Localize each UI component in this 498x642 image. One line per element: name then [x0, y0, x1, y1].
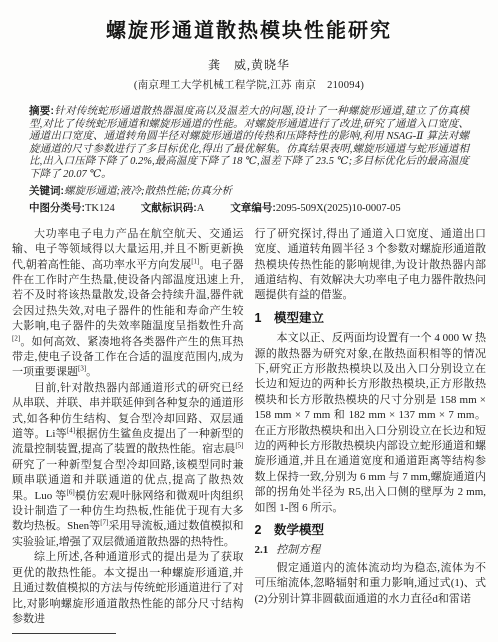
subsection-heading-2-1: 2.1控制方程 [255, 543, 487, 558]
section-heading-1: 1 模型建立 [255, 311, 487, 326]
abstract-text: 针对传统蛇形通道散热器温度高以及温差大的问题,设计了一种螺旋形通道,建立了仿真模… [29, 106, 469, 180]
footnote-divider [12, 633, 116, 634]
doc-code-segment: 文献标识码:A [141, 202, 205, 216]
affiliation-line: (南京理工大学机械工程学院,江苏 南京 210094) [0, 77, 498, 92]
left-column: 大功率电子电力产品在航空航天、交通运输、电子等领域得以大量运用,并且不断更新换代… [12, 227, 244, 635]
doc-code-value: A [197, 203, 205, 214]
section-heading-2: 2 数学模型 [255, 523, 487, 538]
article-id-label: 文章编号: [230, 202, 276, 214]
body-columns: 大功率电子电力产品在航空航天、交通运输、电子等领域得以大量运用,并且不断更新换代… [0, 227, 498, 635]
abstract-paragraph: 摘要:针对传统蛇形通道散热器温度高以及温差大的问题,设计了一种螺旋形通道,建立了… [29, 105, 469, 182]
right-column: 行了研究探讨,得出了通道入口宽度、通道出口宽度、通道转角圆半径 3 个参数对螺旋… [255, 227, 487, 635]
keywords-text: 螺旋形通道;液冷;散热性能;仿真分析 [64, 186, 232, 197]
intro-paragraph-2: 目前,针对散热器内部通道形式的研究已经从串联、并联、串并联延伸到各种复杂的通道形… [12, 381, 244, 550]
clc-label: 中图分类号: [29, 202, 85, 214]
classification-line: 中图分类号:TK124 文献标识码:A 文章编号:2095-509X(2025)… [29, 202, 469, 216]
article-id-value: 2095-509X(2025)10-0007-05 [276, 203, 401, 214]
article-id-segment: 文章编号:2095-509X(2025)10-0007-05 [230, 202, 400, 216]
subsection-title: 控制方程 [276, 544, 320, 556]
keywords-label: 关键词: [29, 185, 64, 197]
clc-value: TK124 [85, 203, 115, 214]
model-paragraph: 本文以正、反两面均设置有一个 4 000 W 热源的散热器为研究对象,在散热面积… [255, 331, 487, 516]
page-title: 螺旋形通道散热模块性能研究 [0, 14, 498, 43]
abstract-label: 摘要: [29, 105, 54, 117]
meta-block: 摘要:针对传统蛇形通道散热器温度高以及温差大的问题,设计了一种螺旋形通道,建立了… [29, 105, 469, 216]
intro-paragraph-1: 大功率电子电力产品在航空航天、交通运输、电子等领域得以大量运用,并且不断更新换代… [12, 227, 244, 381]
equations-paragraph: 假定通道内的流体流动均为稳态,流体为不可压缩流体,忽略辐射和重力影响,通过式(1… [255, 561, 487, 607]
clc-segment: 中图分类号:TK124 [29, 202, 115, 216]
authors-line: 龚 威,黄晓华 [0, 56, 498, 73]
doc-code-label: 文献标识码: [141, 202, 197, 214]
subsection-number: 2.1 [255, 544, 269, 556]
paper-page: 螺旋形通道散热模块性能研究 龚 威,黄晓华 (南京理工大学机械工程学院,江苏 南… [0, 0, 498, 642]
keywords-line: 关键词:螺旋形通道;液冷;散热性能;仿真分析 [29, 185, 469, 199]
intro-paragraph-3: 综上所述,各种通道形式的提出是为了获取更优的散热性能。本文提出一种螺旋形通道,并… [12, 550, 244, 627]
intro-paragraph-continued: 行了研究探讨,得出了通道入口宽度、通道出口宽度、通道转角圆半径 3 个参数对螺旋… [255, 227, 487, 304]
